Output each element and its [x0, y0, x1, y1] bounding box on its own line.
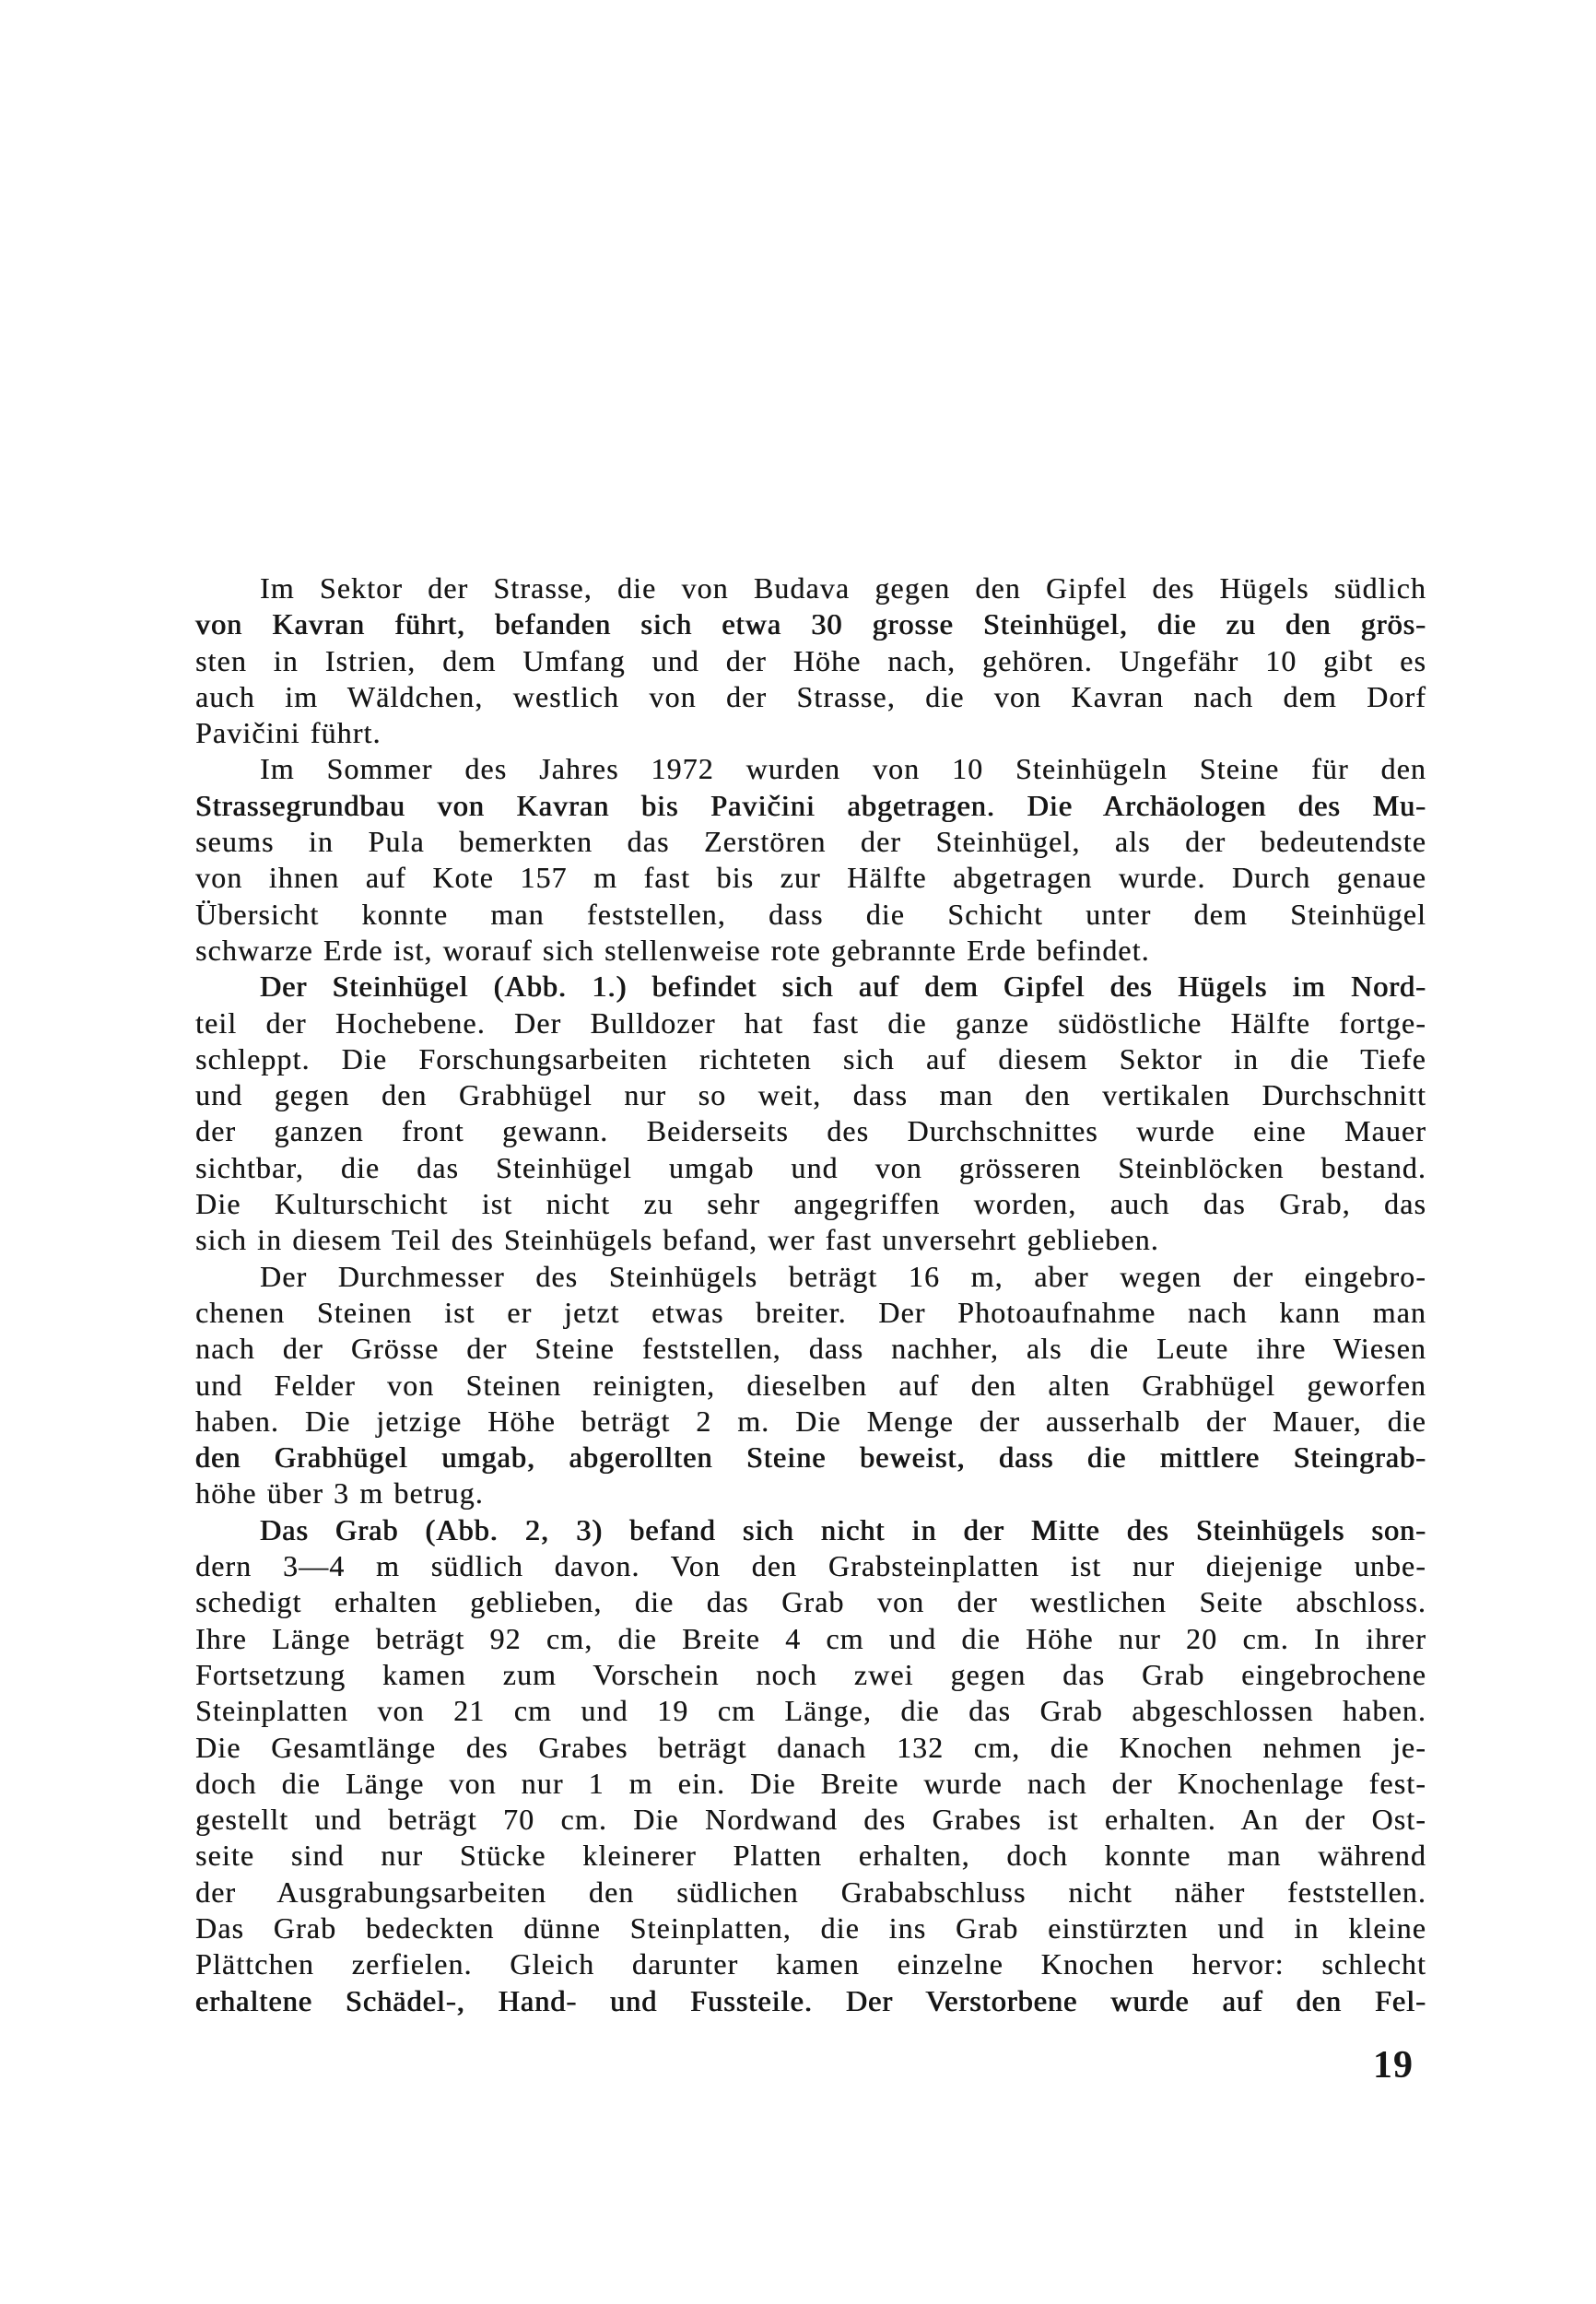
text-line: Steinplatten von 21 cm und 19 cm Länge, … — [195, 1693, 1426, 1729]
text-line: von Kavran führt, befanden sich etwa 30 … — [195, 606, 1426, 642]
text-line: Plättchen zerfielen. Gleich darunter kam… — [195, 1946, 1426, 1982]
text-line: schleppt. Die Forschungsarbeiten richtet… — [195, 1041, 1426, 1077]
text-line: der ganzen front gewann. Beiderseits des… — [195, 1113, 1426, 1149]
text-line: seums in Pula bemerkten das Zerstören de… — [195, 824, 1426, 860]
text-line: den Grabhügel umgab, abgerollten Steine … — [195, 1440, 1426, 1475]
scanned-page: Im Sektor der Strasse, die von Budava ge… — [0, 0, 1596, 2304]
paragraph: Im Sektor der Strasse, die von Budava ge… — [195, 570, 1426, 751]
text-line: und gegen den Grabhügel nur so weit, das… — [195, 1077, 1426, 1113]
text-line: nach der Grösse der Steine feststellen, … — [195, 1331, 1426, 1367]
text-line: schedigt erhalten geblieben, die das Gra… — [195, 1584, 1426, 1620]
text-line: schwarze Erde ist, worauf sich stellenwe… — [195, 933, 1426, 969]
paragraph: Der Steinhügel (Abb. 1.) befindet sich a… — [195, 969, 1426, 1258]
text-line: chenen Steinen ist er jetzt etwas breite… — [195, 1295, 1426, 1331]
page-number: 19 — [195, 2046, 1426, 2085]
text-line: Die Kulturschicht ist nicht zu sehr ange… — [195, 1186, 1426, 1222]
text-line: Im Sommer des Jahres 1972 wurden von 10 … — [195, 751, 1426, 787]
paragraph: Im Sommer des Jahres 1972 wurden von 10 … — [195, 751, 1426, 969]
text-line: der Ausgrabungsarbeiten den südlichen Gr… — [195, 1875, 1426, 1910]
text-line: haben. Die jetzige Höhe beträgt 2 m. Die… — [195, 1404, 1426, 1440]
text-line: doch die Länge von nur 1 m ein. Die Brei… — [195, 1766, 1426, 1802]
text-line: Der Durchmesser des Steinhügels beträgt … — [195, 1259, 1426, 1295]
text-line: gestellt und beträgt 70 cm. Die Nordwand… — [195, 1802, 1426, 1838]
text-line: Fortsetzung kamen zum Vorschein noch zwe… — [195, 1657, 1426, 1693]
text-line: Ihre Länge beträgt 92 cm, die Breite 4 c… — [195, 1621, 1426, 1657]
text-line: dern 3—4 m südlich davon. Von den Grabst… — [195, 1548, 1426, 1584]
text-line: Im Sektor der Strasse, die von Budava ge… — [195, 570, 1426, 606]
text-line: Das Grab bedeckten dünne Steinplatten, d… — [195, 1910, 1426, 1946]
text-line: teil der Hochebene. Der Bulldozer hat fa… — [195, 1005, 1426, 1041]
text-line: auch im Wäldchen, westlich von der Stras… — [195, 679, 1426, 715]
text-line: seite sind nur Stücke kleinerer Platten … — [195, 1838, 1426, 1874]
text-line: Übersicht konnte man feststellen, dass d… — [195, 897, 1426, 933]
text-line: Die Gesamtlänge des Grabes beträgt danac… — [195, 1730, 1426, 1766]
page-body-text: Im Sektor der Strasse, die von Budava ge… — [195, 570, 1426, 2019]
text-line: höhe über 3 m betrug. — [195, 1475, 1426, 1511]
text-line: und Felder von Steinen reinigten, diesel… — [195, 1368, 1426, 1404]
text-line: Der Steinhügel (Abb. 1.) befindet sich a… — [195, 969, 1426, 1005]
paragraph: Der Durchmesser des Steinhügels beträgt … — [195, 1259, 1426, 1512]
text-line: Pavičini führt. — [195, 715, 1426, 751]
paragraph: Das Grab (Abb. 2, 3) befand sich nicht i… — [195, 1512, 1426, 2019]
text-line: von ihnen auf Kote 157 m fast bis zur Hä… — [195, 860, 1426, 896]
text-line: sten in Istrien, dem Umfang und der Höhe… — [195, 643, 1426, 679]
text-line: sichtbar, die das Steinhügel umgab und v… — [195, 1150, 1426, 1186]
text-line: sich in diesem Teil des Steinhügels befa… — [195, 1222, 1426, 1258]
text-line: erhaltene Schädel-, Hand- und Fussteile.… — [195, 1983, 1426, 2019]
text-line: Das Grab (Abb. 2, 3) befand sich nicht i… — [195, 1512, 1426, 1548]
text-line: Strassegrundbau von Kavran bis Pavičini … — [195, 788, 1426, 824]
